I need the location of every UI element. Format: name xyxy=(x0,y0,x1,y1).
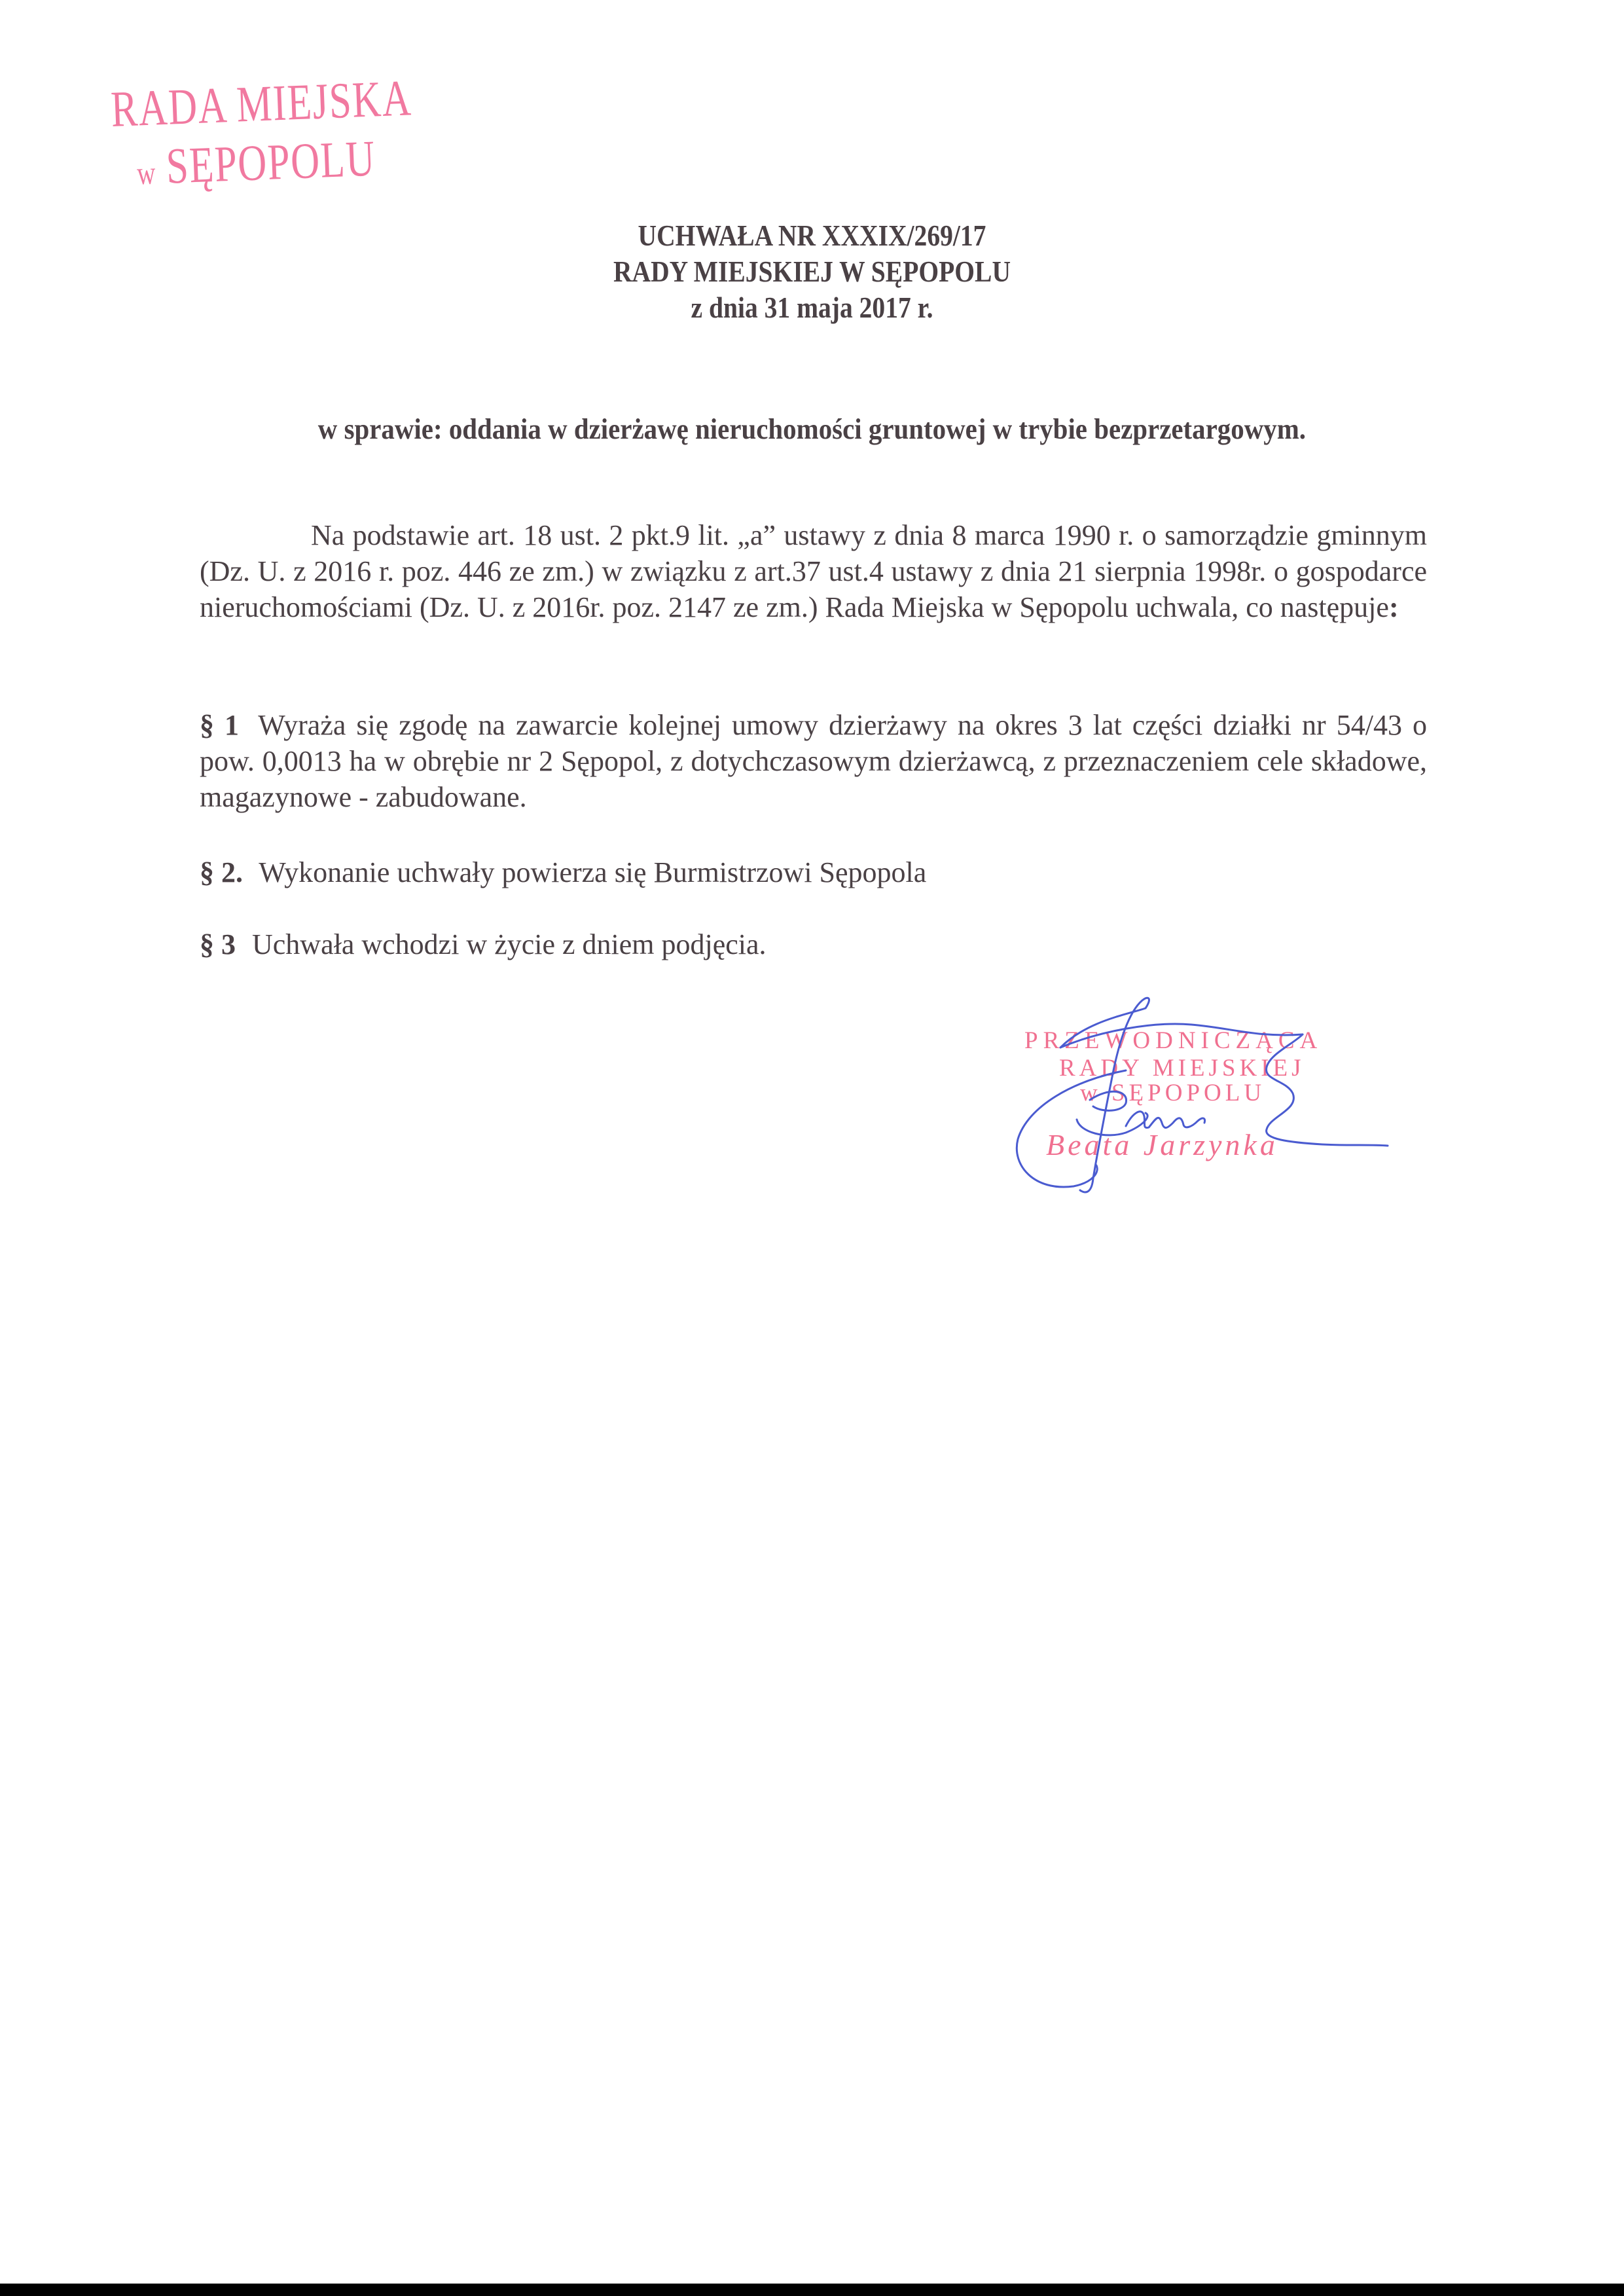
resolution-header: UCHWAŁA NR XXXIX/269/17 RADY MIEJSKIEJ W… xyxy=(0,217,1624,325)
paragraph-1-mark: § 1 xyxy=(200,709,239,741)
legal-basis-paragraph: Na podstawie art. 18 ust. 2 pkt.9 lit. „… xyxy=(200,517,1427,625)
stamp-line-1: RADA MIEJSKA xyxy=(110,72,413,135)
stamp-line-2-text: SĘPOPOLU xyxy=(165,130,376,194)
handwritten-signature-icon xyxy=(995,982,1401,1205)
legal-basis-colon: : xyxy=(1389,591,1399,623)
paragraph-1: § 1 Wyraża się zgodę na zawarcie kolejne… xyxy=(200,707,1427,815)
resolution-subject: w sprawie: oddania w dzierżawę nieruchom… xyxy=(0,411,1624,447)
scan-border xyxy=(0,2284,1624,2296)
legal-basis-text: Na podstawie art. 18 ust. 2 pkt.9 lit. „… xyxy=(200,519,1427,623)
signature-block: PRZEWODNICZĄCA RADY MIEJSKIEJ w SĘPOPOLU… xyxy=(995,982,1401,1205)
paragraph-3: § 3 Uchwała wchodzi w życie z dniem podj… xyxy=(200,926,1427,962)
resolution-issuer: RADY MIEJSKIEJ W SĘPOPOLU xyxy=(114,253,1511,289)
resolution-date: z dnia 31 maja 2017 r. xyxy=(114,289,1511,325)
council-stamp: RADA MIEJSKA w SĘPOPOLU xyxy=(110,69,500,200)
paragraph-2-text: Wykonanie uchwały powierza się Burmistrz… xyxy=(259,856,926,888)
stamp-line-2-prefix: w xyxy=(136,154,156,191)
paragraph-2-mark: § 2. xyxy=(200,856,243,888)
paragraph-3-mark: § 3 xyxy=(200,928,236,960)
stamp-line-2: w SĘPOPOLU xyxy=(135,131,420,199)
subject-text: w sprawie: oddania w dzierżawę nieruchom… xyxy=(318,411,1306,447)
paragraph-1-text: Wyraża się zgodę na zawarcie kolejnej um… xyxy=(200,709,1427,813)
paragraph-2: § 2. Wykonanie uchwały powierza się Burm… xyxy=(200,854,1427,890)
paragraph-3-text: Uchwała wchodzi w życie z dniem podjęcia… xyxy=(252,928,767,960)
resolution-number: UCHWAŁA NR XXXIX/269/17 xyxy=(114,217,1511,253)
